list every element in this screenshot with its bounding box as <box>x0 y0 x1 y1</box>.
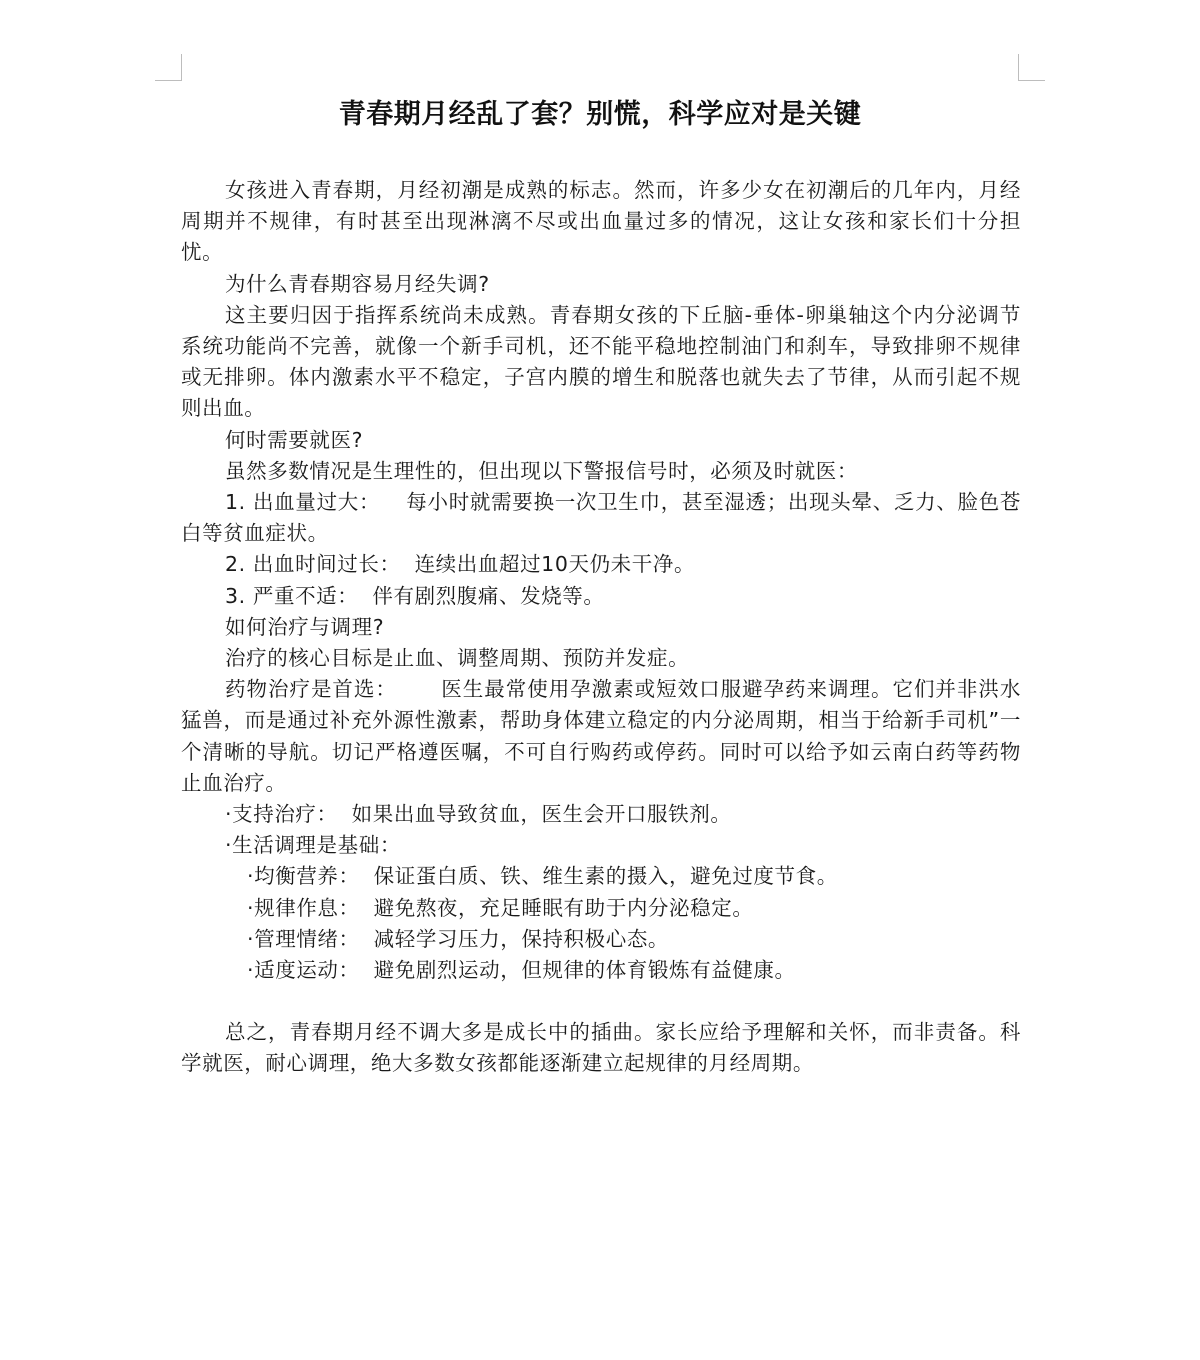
page-corner-mark-top-right <box>1018 54 1045 81</box>
lifestyle-item-emotion: ·管理情绪：减轻学习压力，保持积极心态。 <box>181 924 1021 955</box>
lifestyle-label: ·适度运动： <box>247 958 360 982</box>
heading-treatment: 如何治疗与调理? <box>181 612 1021 643</box>
lifestyle-text: 避免熬夜，充足睡眠有助于内分泌稳定。 <box>374 896 754 920</box>
lifestyle-text: 保证蛋白质、铁、维生素的摄入，避免过度节食。 <box>374 864 838 888</box>
warning-text: 连续出血超过10天仍未干净。 <box>415 552 696 576</box>
lifestyle-text: 减轻学习压力，保持积极心态。 <box>374 927 669 951</box>
paragraph-treatment-goal: 治疗的核心目标是止血、调整周期、预防并发症。 <box>181 643 1021 674</box>
heading-why: 为什么青春期容易月经失调? <box>181 269 1021 300</box>
warning-text: 伴有剧烈腹痛、发烧等。 <box>372 584 604 608</box>
lifestyle-label: ·规律作息： <box>247 896 360 920</box>
document-body: 女孩进入青春期，月经初潮是成熟的标志。然而，许多少女在初潮后的几年内，月经周期并… <box>181 175 1021 1080</box>
document-title: 青春期月经乱了套？别慌，科学应对是关键 <box>0 92 1200 131</box>
lifestyle-item-sleep: ·规律作息：避免熬夜，充足睡眠有助于内分泌稳定。 <box>181 893 1021 924</box>
lifestyle-item-exercise: ·适度运动：避免剧烈运动，但规律的体育锻炼有益健康。 <box>181 955 1021 986</box>
drug-label: 药物治疗是首选： <box>225 677 397 701</box>
warning-item-2: 2. 出血时间过长：连续出血超过10天仍未干净。 <box>181 549 1021 580</box>
blank-line <box>181 986 1021 1017</box>
paragraph-intro: 女孩进入青春期，月经初潮是成熟的标志。然而，许多少女在初潮后的几年内，月经周期并… <box>181 175 1021 269</box>
support-text: 如果出血导致贫血，医生会开口服铁剂。 <box>352 802 732 826</box>
warning-item-1: 1. 出血量过大：每小时就需要换一次卫生巾，甚至湿透；出现头晕、乏力、脸色苍白等… <box>181 487 1021 549</box>
paragraph-when: 虽然多数情况是生理性的，但出现以下警报信号时，必须及时就医： <box>181 456 1021 487</box>
warning-item-3: 3. 严重不适：伴有剧烈腹痛、发烧等。 <box>181 581 1021 612</box>
paragraph-drug-therapy: 药物治疗是首选：医生最常使用孕激素或短效口服避孕药来调理。它们并非洪水猛兽，而是… <box>181 674 1021 799</box>
page-corner-mark-top-left <box>155 54 182 81</box>
warning-label: 2. 出血时间过长： <box>225 552 401 576</box>
support-therapy-item: ·支持治疗：如果出血导致贫血，医生会开口服铁剂。 <box>181 799 1021 830</box>
lifestyle-heading: ·生活调理是基础： <box>181 830 1021 861</box>
lifestyle-text: 避免剧烈运动，但规律的体育锻炼有益健康。 <box>374 958 796 982</box>
lifestyle-item-nutrition: ·均衡营养：保证蛋白质、铁、维生素的摄入，避免过度节食。 <box>181 861 1021 892</box>
lifestyle-label: ·管理情绪： <box>247 927 360 951</box>
heading-when: 何时需要就医? <box>181 425 1021 456</box>
warning-label: 3. 严重不适： <box>225 584 358 608</box>
warning-label: 1. 出血量过大： <box>225 490 380 514</box>
lifestyle-label: ·均衡营养： <box>247 864 360 888</box>
paragraph-why: 这主要归因于指挥系统尚未成熟。青春期女孩的下丘脑-垂体-卵巢轴这个内分泌调节系统… <box>181 300 1021 425</box>
support-label: ·支持治疗： <box>225 802 338 826</box>
paragraph-conclusion: 总之，青春期月经不调大多是成长中的插曲。家长应给予理解和关怀，而非责备。科学就医… <box>181 1017 1021 1079</box>
